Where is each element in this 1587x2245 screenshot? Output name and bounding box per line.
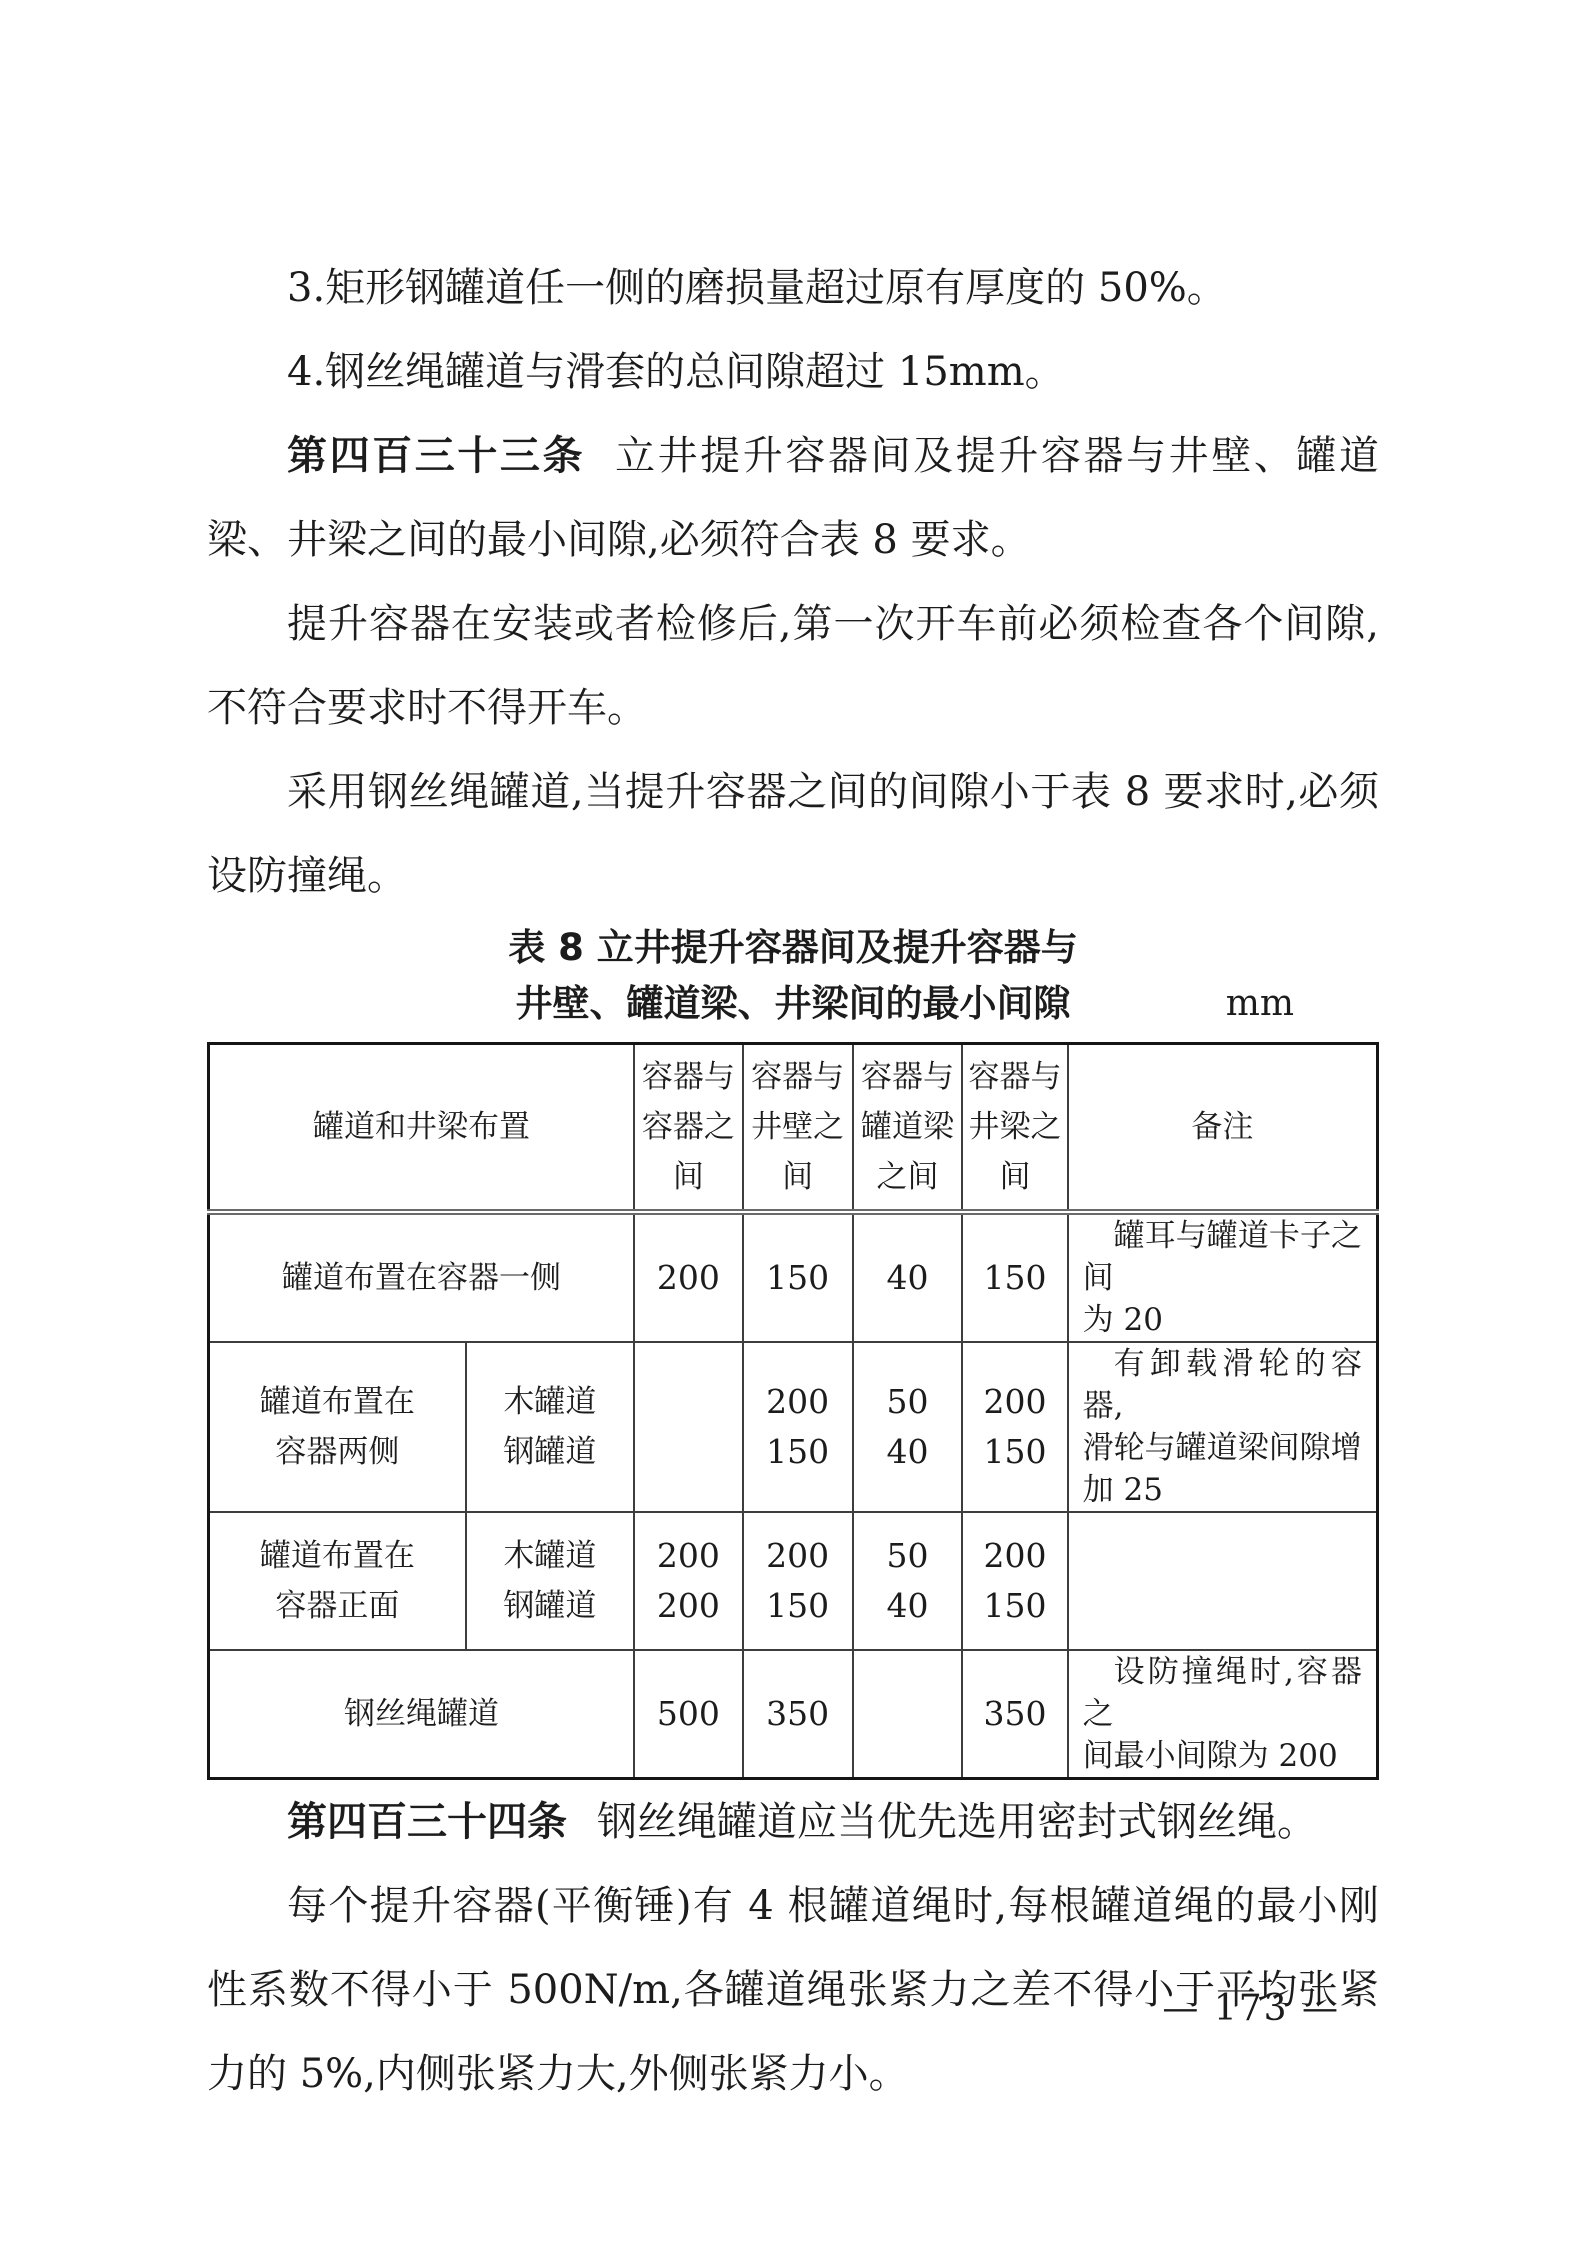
row4-label: 钢丝绳罐道 xyxy=(209,1650,635,1779)
table8-caption-line2: 井壁、罐道梁、井梁间的最小间隙 xyxy=(516,982,1071,1025)
row1-label: 罐道布置在容器一侧 xyxy=(209,1212,635,1342)
page-content: 3.矩形钢罐道任一侧的磨损量超过原有厚度的 50%。 4.钢丝绳罐道与滑套的总间… xyxy=(207,246,1379,2116)
list-item-3: 3.矩形钢罐道任一侧的磨损量超过原有厚度的 50%。 xyxy=(207,246,1379,330)
row3-remark xyxy=(1068,1512,1378,1650)
page-number: — 173 — xyxy=(1162,1988,1340,2029)
row2-sublabel-steel: 钢罐道 xyxy=(467,1427,633,1477)
table-row-wire-rope: 钢丝绳罐道500350350设防撞绳时,容器之 间最小间隙为 200 xyxy=(209,1650,1378,1779)
header-cell-container-shaftbeam: 容器与 井梁之 间 xyxy=(962,1044,1067,1212)
row1-remark: 罐耳与罐道卡子之间 为 20 xyxy=(1068,1212,1378,1342)
table8-caption: 表 8 立井提升容器间及提升容器与 井壁、罐道梁、井梁间的最小间隙mm xyxy=(207,920,1379,1032)
row1-value-csb: 150 xyxy=(962,1212,1067,1342)
row2-value-csb: 200 150 xyxy=(962,1342,1067,1512)
row2-sublabel-wood: 木罐道 xyxy=(467,1377,633,1427)
row1-value-cc: 200 xyxy=(634,1212,743,1342)
list-item-4-text: 4.钢丝绳罐道与滑套的总间隙超过 15mm。 xyxy=(287,349,1065,395)
table-row-front: 罐道布置在 容器正面木罐道钢罐道200 200200 15050 40200 1… xyxy=(209,1512,1378,1650)
header-cell-remark: 备注 xyxy=(1068,1044,1378,1212)
row3-value-csb: 200 150 xyxy=(962,1512,1067,1650)
row3-sublabels: 木罐道钢罐道 xyxy=(466,1512,634,1650)
row4-value-csb: 350 xyxy=(962,1650,1067,1779)
table8-header-row: 罐道和井梁布置容器与 容器之 间容器与 井壁之 间容器与 罐道梁 之间容器与 井… xyxy=(209,1044,1378,1212)
row2-value-cc xyxy=(634,1342,743,1512)
header-cell-layout: 罐道和井梁布置 xyxy=(209,1044,635,1212)
row3-sublabel-wood: 木罐道 xyxy=(467,1531,633,1581)
list-item-3-text: 3.矩形钢罐道任一侧的磨损量超过原有厚度的 50%。 xyxy=(287,265,1227,311)
article-434-paragraph: 第四百三十四条钢丝绳罐道应当优先选用密封式钢丝绳。 xyxy=(207,1780,1379,1864)
article-434-number: 第四百三十四条 xyxy=(287,1799,567,1845)
row1-value-cgb: 40 xyxy=(853,1212,963,1342)
paragraph-rope-guide: 采用钢丝绳罐道,当提升容器之间的间隙小于表 8 要求时,必须设防撞绳。 xyxy=(207,750,1379,918)
row2-remark: 有卸载滑轮的容器, 滑轮与罐道梁间隙增 加 25 xyxy=(1068,1342,1378,1512)
row4-value-cgb xyxy=(853,1650,963,1779)
table-row-two-sides: 罐道布置在 容器两侧木罐道钢罐道200 15050 40200 150有卸载滑轮… xyxy=(209,1342,1378,1512)
document-page: 3.矩形钢罐道任一侧的磨损量超过原有厚度的 50%。 4.钢丝绳罐道与滑套的总间… xyxy=(0,0,1587,2245)
header-cell-container-wall: 容器与 井壁之 间 xyxy=(743,1044,853,1212)
row3-sublabel-steel: 钢罐道 xyxy=(467,1581,633,1631)
table8-caption-line1: 表 8 立井提升容器间及提升容器与 xyxy=(207,920,1379,976)
table8-unit-label: mm xyxy=(1226,976,1294,1032)
paragraph-rope-guide-text: 采用钢丝绳罐道,当提升容器之间的间隙小于表 8 要求时,必须设防撞绳。 xyxy=(207,769,1379,899)
row4-value-cw: 350 xyxy=(743,1650,853,1779)
list-item-4: 4.钢丝绳罐道与滑套的总间隙超过 15mm。 xyxy=(207,330,1379,414)
article-433-number: 第四百三十三条 xyxy=(287,433,585,479)
table8: 罐道和井梁布置容器与 容器之 间容器与 井壁之 间容器与 罐道梁 之间容器与 井… xyxy=(207,1042,1379,1780)
row3-value-cgb: 50 40 xyxy=(853,1512,963,1650)
row1-value-cw: 150 xyxy=(743,1212,853,1342)
row3-value-cw: 200 150 xyxy=(743,1512,853,1650)
row3-label: 罐道布置在 容器正面 xyxy=(209,1512,466,1650)
header-cell-container-container: 容器与 容器之 间 xyxy=(634,1044,743,1212)
row4-remark: 设防撞绳时,容器之 间最小间隙为 200 xyxy=(1068,1650,1378,1779)
table8-caption-line2-wrap: 井壁、罐道梁、井梁间的最小间隙mm xyxy=(207,976,1379,1032)
paragraph-inspection-text: 提升容器在安装或者检修后,第一次开车前必须检查各个间隙,不符合要求时不得开车。 xyxy=(207,601,1379,731)
row2-value-cgb: 50 40 xyxy=(853,1342,963,1512)
row3-value-cc: 200 200 xyxy=(634,1512,743,1650)
table-row-one-side: 罐道布置在容器一侧20015040150罐耳与罐道卡子之间 为 20 xyxy=(209,1212,1378,1342)
article-433-paragraph: 第四百三十三条立井提升容器间及提升容器与井壁、罐道梁、井梁之间的最小间隙,必须符… xyxy=(207,414,1379,582)
row2-value-cw: 200 150 xyxy=(743,1342,853,1512)
article-434-text: 钢丝绳罐道应当优先选用密封式钢丝绳。 xyxy=(597,1799,1317,1845)
row2-label: 罐道布置在 容器两侧 xyxy=(209,1342,466,1512)
paragraph-inspection: 提升容器在安装或者检修后,第一次开车前必须检查各个间隙,不符合要求时不得开车。 xyxy=(207,582,1379,750)
header-cell-container-guidebeam: 容器与 罐道梁 之间 xyxy=(853,1044,963,1212)
row2-sublabels: 木罐道钢罐道 xyxy=(466,1342,634,1512)
row4-value-cc: 500 xyxy=(634,1650,743,1779)
